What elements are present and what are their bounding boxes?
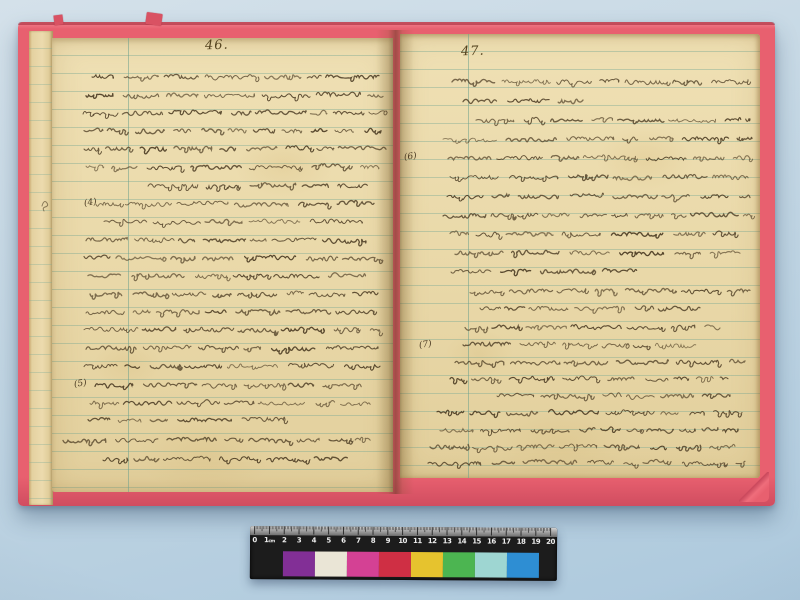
scale-ruler: 01cm234567891011121314151617181920 [250,526,557,581]
color-chip-6 [475,552,507,577]
color-chip-3 [379,552,411,577]
ruler-number: 2 [277,536,291,544]
color-chip-5 [443,552,475,577]
ruler-unit-label: cm [268,539,274,544]
color-chip-4 [411,552,443,577]
ruler-number: 13 [440,537,454,545]
color-chip-1 [315,551,347,576]
ruler-number: 11 [410,537,424,545]
ruler-number: 10 [396,537,410,545]
notebook [18,22,775,506]
cover-cloth-tab [145,12,163,26]
left-page [52,38,393,492]
right-page-margin-line [468,34,469,478]
ruler-number: 17 [499,538,513,546]
ruler-number: 16 [484,537,498,545]
ruler-number: 4 [307,536,321,544]
margin-mark: (7) [418,339,432,351]
ruler-number: 3 [292,536,306,544]
margin-mark: (6) [403,151,417,163]
ruler-number: 15 [470,537,484,545]
ruler-number: 12 [425,537,439,545]
color-chip-2 [347,552,379,577]
page-stack-edge [29,31,53,505]
margin-mark: (4) [83,197,97,209]
ruler-number: 6 [336,537,350,545]
ruler-number: 9 [381,537,395,545]
left-page-margin-line [128,38,129,492]
ruler-ticks [250,526,557,537]
ruler-number: 14 [455,537,469,545]
ruler-number: 18 [514,538,528,546]
photo-backdrop: 46. 47. (4) (5) (6) (7) 01cm234567891011… [0,0,800,600]
ruler-number: 5 [322,536,336,544]
page-number-left: 46. [205,38,229,54]
color-calibration-strip [283,551,539,578]
cover-corner-fold [739,472,769,502]
ruler-number: 7 [351,537,365,545]
ruler-number: 0 [248,536,262,544]
right-page [400,34,760,478]
ruler-number: 8 [366,537,380,545]
cover-cloth-tab [53,14,63,25]
color-chip-7 [507,553,539,578]
ruler-number: 20 [544,538,558,546]
ruler-number: 19 [529,538,543,546]
page-number-right: 47. [461,44,485,60]
ruler-number: 1cm [262,536,276,544]
page-stack-rules [29,31,53,505]
margin-mark: (5) [73,378,87,390]
color-chip-0 [283,551,315,576]
